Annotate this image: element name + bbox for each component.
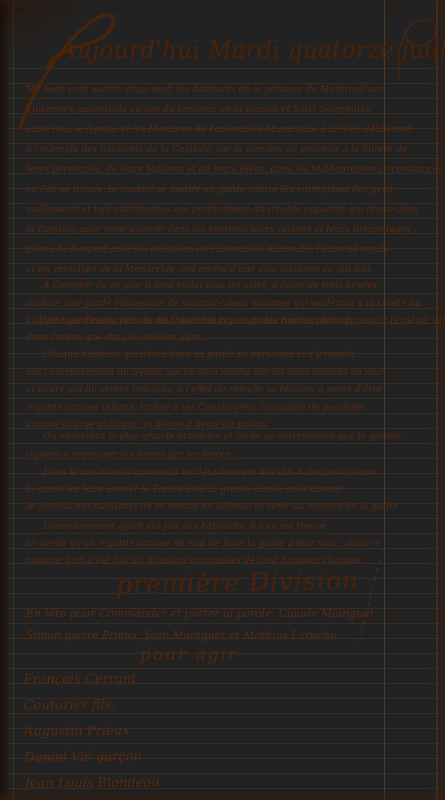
manuscript-line: On observera la plus grande prudence et … — [26, 428, 406, 446]
signature-name: Couturier fils, — [24, 692, 159, 719]
tocsin-paragraph: Dans le cas où cela arriverait un détach… — [26, 464, 406, 515]
manuscript-line: regardé comme Infame, traître à ses Conc… — [26, 399, 406, 417]
paper-right-edge-line — [436, 0, 438, 800]
census-paragraph: Dénombrement ayant été fait des habitant… — [26, 518, 406, 569]
manuscript-line: Vincennes, assemblés au son du tambour e… — [26, 100, 406, 120]
signature-list: François CerrantCouturier fils,Augustin … — [23, 666, 159, 797]
manuscript-line: Mil Sept cent quatre vingt neuf, les hab… — [26, 80, 406, 100]
manuscript-line: sur l'avertissement du Syndic qui lui se… — [26, 364, 406, 382]
manuscript-line: six cents qu'on regarde comme en état de… — [26, 535, 406, 552]
manuscript-line: Dénombrement ayant été fait des habitant… — [26, 518, 406, 535]
manuscript-line: malfaisants et mal intentionnés qui prof… — [26, 200, 406, 220]
manuscript-line: à l'exemple des habitants de la Capitale… — [26, 140, 406, 160]
manuscript-line: pleins de Respect pour les décisions de … — [26, 240, 406, 260]
manuscript-line: du Soir, une garde Villageoise de quaran… — [26, 295, 406, 313]
manuscript-photo: Aujourd'hui Mardi quatorze juillet Mil S… — [0, 0, 445, 800]
division-commanders-paragraph: En tête pour Commander et porter la paro… — [26, 602, 406, 646]
manuscript-line: A Compter de ce jour il sera établi tous… — [26, 277, 406, 295]
manuscript-line: dans l'ordre que chaque division aura. — [26, 330, 406, 347]
left-margin-line — [13, 0, 14, 800]
manuscript-line: et heure qui lui seront indiqués, à l'ef… — [26, 381, 406, 399]
signature-name: Augustin Prieux — [24, 718, 159, 745]
prudence-paragraph: On observera la plus grande prudence et … — [26, 428, 406, 463]
manuscript-line: rigueur à repousser les forces par les f… — [26, 446, 406, 464]
manuscript-line: la garde ira faire sonner le Tocsin avec… — [26, 481, 406, 498]
division-heading: première Division — [116, 565, 360, 599]
manuscript-line: En tête pour Commander et porter la paro… — [26, 602, 406, 624]
guard-relief-paragraph: Cette garde sera relevée de Douze heures… — [26, 313, 406, 346]
document-title: Aujourd'hui Mardi quatorze juillet — [60, 36, 445, 64]
action-heading: pour agir — [140, 645, 238, 665]
manuscript-line: Chaque habitant qui devra faire sa garde… — [26, 346, 406, 364]
manuscript-line: leurs personnes, de leurs Maisons et de … — [26, 160, 406, 180]
manuscript-line: la Capitale pour venir exercer dans les … — [26, 220, 406, 240]
signature-name: Jean Louis Blondeau — [24, 770, 159, 797]
signature-name: François Cerrant — [23, 666, 158, 693]
manuscript-line: Simon pierre Prieux, Jean Mainguet et Ma… — [26, 624, 406, 646]
manuscript-line: audit lieu, le Syndic et les Membres de … — [26, 120, 406, 140]
photo-left-edge — [0, 0, 9, 800]
signature-name: Daniel Vié garçon — [24, 744, 159, 771]
manuscript-line: Dans le cas où cela arriverait un détach… — [26, 464, 406, 481]
duty-paragraph: Chaque habitant qui devra faire sa garde… — [26, 346, 406, 434]
manuscript-line: le général des habitants de se mettre en… — [26, 498, 406, 515]
manuscript-line: Cette garde sera relevée de Douze heures… — [26, 313, 406, 330]
manuscript-line: où l'on se trouve, le voulant se mettre … — [26, 180, 406, 200]
opening-paragraph: Mil Sept cent quatre vingt neuf, les hab… — [26, 80, 406, 280]
